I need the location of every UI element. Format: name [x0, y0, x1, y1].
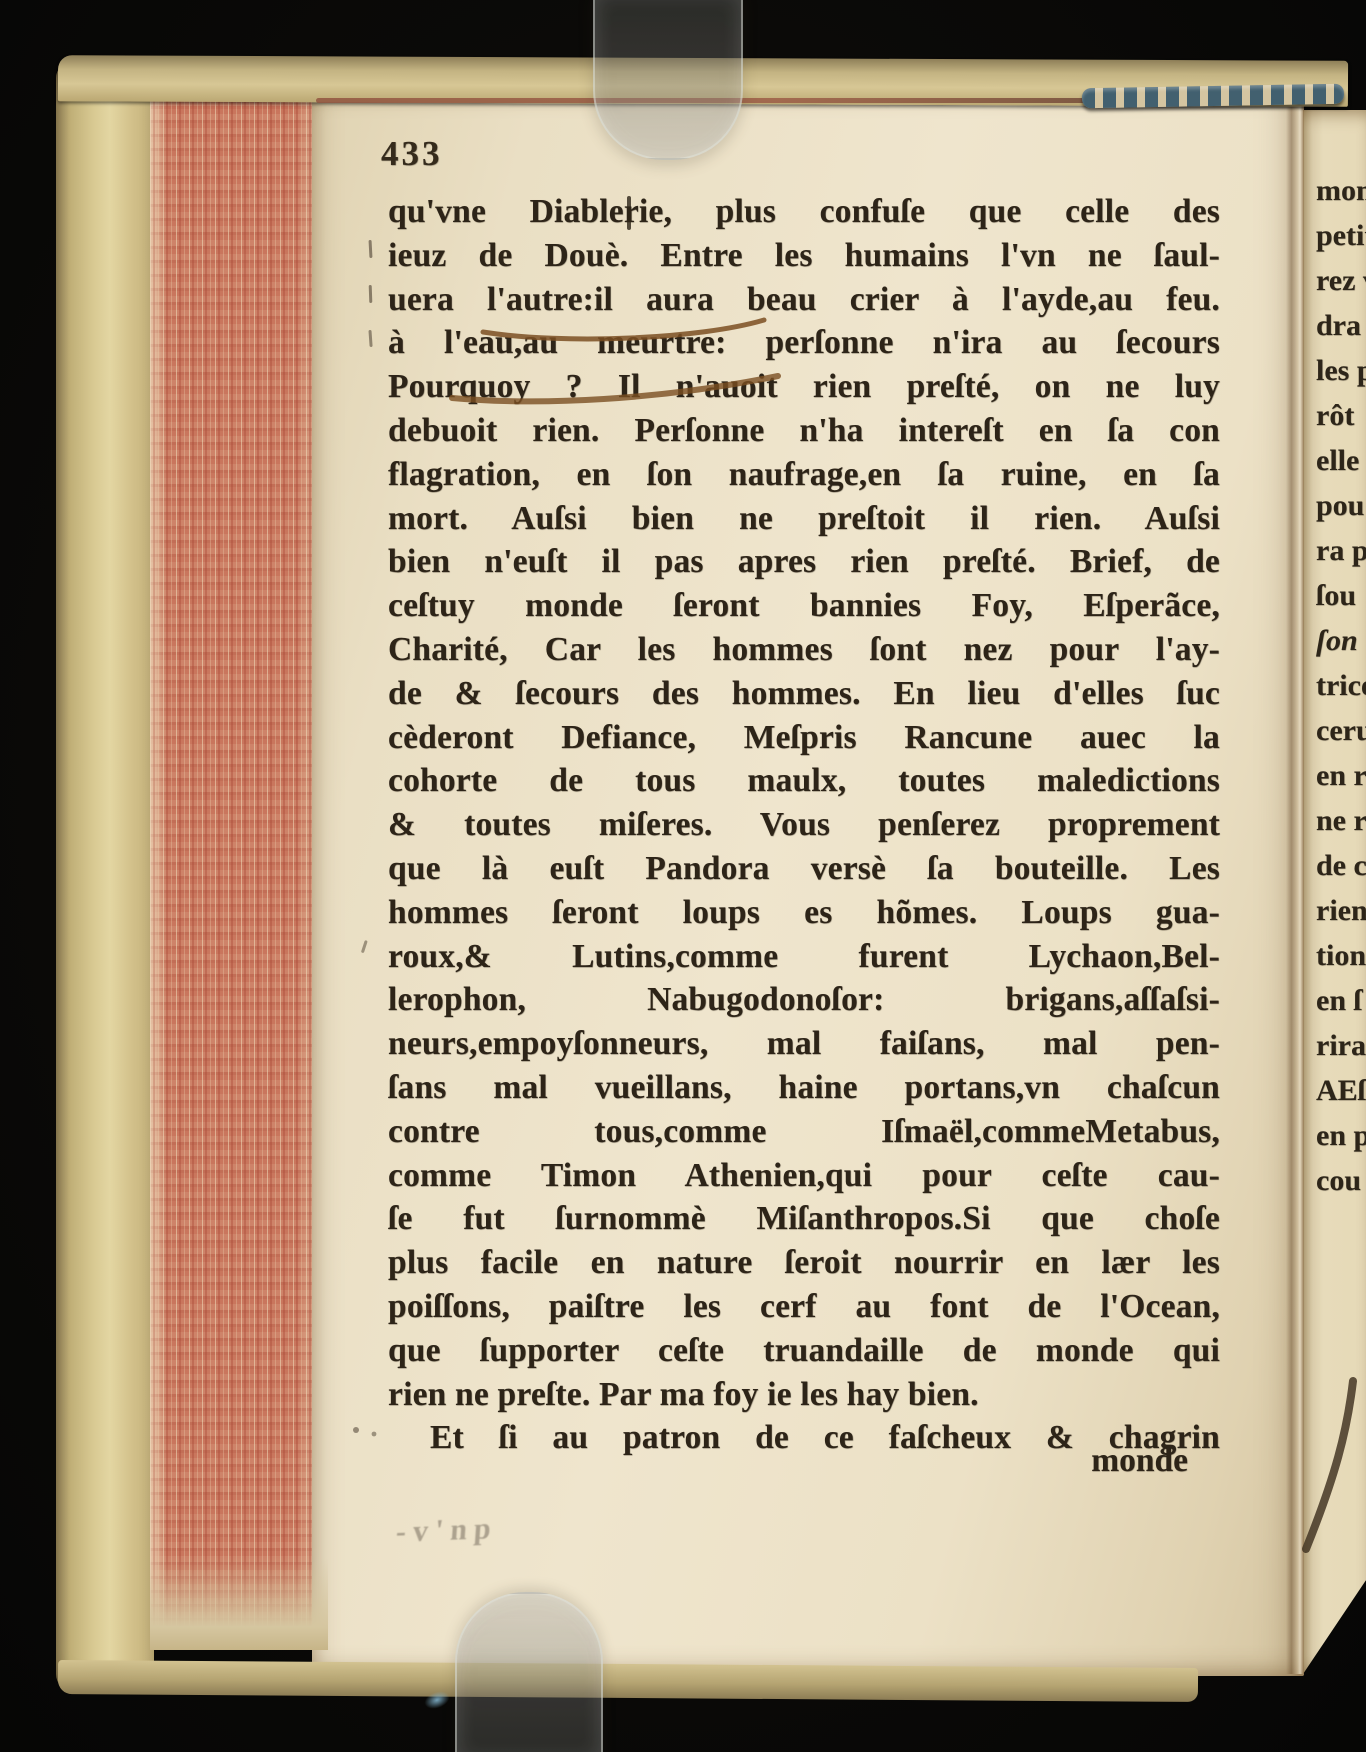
catchword: monde — [388, 1442, 1188, 1480]
facing-page-line: pou — [1316, 483, 1366, 528]
fore-edge-bottom-fade — [150, 1558, 328, 1650]
text-line: ieuz de Douè. Entre les humains l'vn ne … — [388, 234, 1220, 278]
text-line: comme Timon Athenien,qui pour ceſte cau- — [388, 1154, 1220, 1198]
facing-page-line: rien — [1316, 888, 1366, 933]
bleedthrough-text: -v'np — [395, 1512, 499, 1550]
text-line: que ſupporter ceſte truandaille de monde… — [388, 1329, 1220, 1373]
text-line: Pourquoy ? Il n'auoit rien preſté, on ne… — [388, 365, 1220, 409]
facing-page-line: en p — [1316, 1113, 1366, 1158]
text-line: cèderont Defiance, Meſpris Rancune auec … — [388, 716, 1220, 760]
text-line: hommes ſeront loups es hõmes. Loups gua- — [388, 891, 1220, 935]
main-text-block: qu'vne Diablerie, plus confuſe que celle… — [388, 190, 1220, 1460]
facing-page-line: petit — [1316, 213, 1366, 258]
text-line: & toutes miſeres. Vous penſerez propreme… — [388, 803, 1220, 847]
facing-page-line: cou — [1316, 1158, 1366, 1203]
facing-page-line: rez v — [1316, 258, 1366, 303]
text-line: flagration, en ſon naufrage,en ſa ruine,… — [388, 453, 1220, 497]
text-line: Charité, Car les hommes ſont nez pour l'… — [388, 628, 1220, 672]
book-scan-photo: monpetitrez vdrales prôtellepoura pſouſo… — [0, 0, 1366, 1752]
text-line: ſe fut ſurnommè Miſanthropos.Si que choſ… — [388, 1197, 1220, 1241]
facing-page-line: les p — [1316, 348, 1366, 393]
facing-page-line: en r — [1316, 753, 1366, 798]
text-line: à l'eau,au meurtre: perſonne n'ira au ſe… — [388, 321, 1220, 365]
text-line: cohorte de tous maulx, toutes maledictio… — [388, 759, 1220, 803]
facing-page-line: tion — [1316, 933, 1366, 978]
cover-bottom-edge — [58, 1660, 1198, 1702]
facing-page-line: mon — [1316, 168, 1366, 213]
text-line: neurs,empoyſonneurs, mal faiſans, mal pe… — [388, 1022, 1220, 1066]
text-line: mort. Auſsi bien ne preſtoit il rien. Au… — [388, 497, 1220, 541]
facing-page-line: ſou — [1316, 573, 1366, 618]
page-number: 433 — [381, 134, 443, 174]
text-line: que là euſt Pandora versè ſa bouteille. … — [388, 847, 1220, 891]
text-line: poiſſons, paiſtre les cerf au font de l'… — [388, 1285, 1220, 1329]
fore-edge-pages — [150, 96, 328, 1646]
text-line: de & ſecours des hommes. En lieu d'elles… — [388, 672, 1220, 716]
facing-page-line: rira — [1316, 1023, 1366, 1068]
text-line: roux,& Lutins,comme furent Lychaon,Bel- — [388, 935, 1220, 979]
text-line: ſans mal vueillans, haine portans,vn cha… — [388, 1066, 1220, 1110]
text-line: uera l'autre:il aura beau crier à l'ayde… — [388, 278, 1220, 322]
facing-page-text: monpetitrez vdrales prôtellepoura pſouſo… — [1316, 168, 1366, 1203]
facing-page-line: AEſ — [1316, 1068, 1366, 1113]
scanner-clamp-top — [593, 0, 743, 160]
scanner-clamp-bottom — [455, 1592, 603, 1752]
facing-page-line: rôt — [1316, 393, 1366, 438]
facing-page-line: de c — [1316, 843, 1366, 888]
facing-page-line: en ſ — [1316, 978, 1366, 1023]
facing-page-line: trice — [1316, 663, 1366, 708]
facing-page-line: ſon — [1316, 618, 1366, 663]
text-line: lerophon, Nabugodonoſor: brigans,aſſaſsi… — [388, 978, 1220, 1022]
text-line: plus facile en nature ſeroit nourrir en … — [388, 1241, 1220, 1285]
facing-page-line: ceru — [1316, 708, 1366, 753]
text-line: debuoit rien. Perſonne n'ha intereſt en … — [388, 409, 1220, 453]
facing-page-line: ne r — [1316, 798, 1366, 843]
text-line: qu'vne Diablerie, plus confuſe que celle… — [388, 190, 1220, 234]
text-line: contre tous,comme Iſmaël,commeMetabus, — [388, 1110, 1220, 1154]
vellum-cover-edge — [56, 62, 154, 1692]
text-line: bien n'euſt il pas apres rien preſté. Br… — [388, 540, 1220, 584]
gutter-fold — [1286, 90, 1304, 1674]
facing-page-line: ra p — [1316, 528, 1366, 573]
text-line: ceſtuy monde ſeront bannies Foy, Eſperãc… — [388, 584, 1220, 628]
facing-page-line: elle — [1316, 438, 1366, 483]
text-line: rien ne preſte. Par ma foy ie les hay bi… — [388, 1373, 1220, 1417]
facing-page-line: dra — [1316, 303, 1366, 348]
